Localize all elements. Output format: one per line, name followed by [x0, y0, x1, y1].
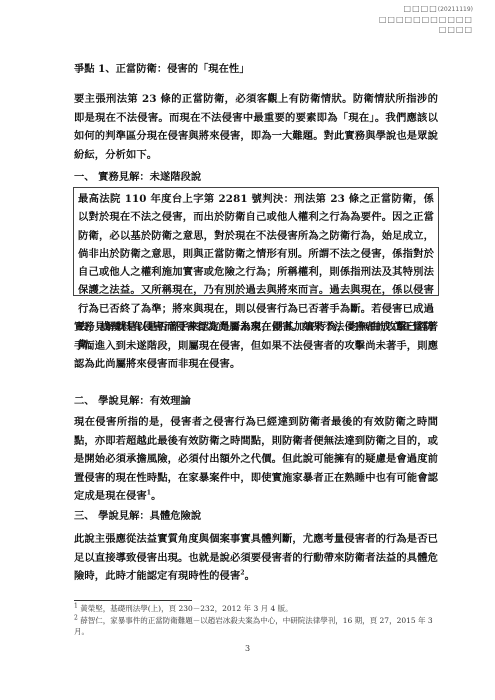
footnote-1: 1 黃榮堅，基礎刑法學(上)，頁 230－232，2012 年 3 月 4 版。: [74, 603, 438, 614]
section-2-heading: 二、 學說見解：有效理論: [74, 394, 191, 408]
footnote-2: 2 薛智仁，家暴事件的正當防衛難題－以趙岩冰殺夫案為中心，中研院法律學刊，16 …: [74, 615, 438, 637]
header-code: (20211119): [438, 6, 473, 13]
court-quote-box: 最高法院 110 年度台上字第 2281 號判決：刑法第 23 條之正當防衛，係…: [73, 187, 439, 296]
header-line3: □□□□: [379, 25, 473, 35]
header-line1: □□□□: [404, 4, 438, 13]
page-header: □□□□(20211119) □□□□□□□□□□□ □□□□: [379, 4, 473, 35]
page-number: 3: [0, 644, 495, 653]
footnote-divider: [74, 600, 192, 601]
section-1-body: 實務見解就是以是否著手來認定是否為現在侵害。如果不法侵害者的攻擊已經著手而進入到…: [74, 318, 438, 374]
header-line2: □□□□□□□□□□□: [379, 15, 473, 25]
section-3-body: 此說主張應從法益實質角度與個案事實具體判斷，尤應考量侵害者的行為是否已足以直接導…: [74, 530, 438, 586]
section-2-body: 現在侵害所指的是，侵害者之侵害行為已經達到防衛者最後的有效防衛之時間點，亦即若超…: [74, 413, 438, 506]
section-1-heading: 一、 實務見解：未遂階段說: [74, 170, 201, 184]
section-3-heading: 三、 學說見解：具體危險說: [74, 509, 201, 523]
issue-title: 爭點 1、正當防衛：侵害的「現在性」: [74, 62, 250, 76]
intro-paragraph: 要主張刑法第 23 條的正當防衛，必須客觀上有防衛情狀。防衛情狀所指涉的即是現在…: [74, 90, 438, 164]
